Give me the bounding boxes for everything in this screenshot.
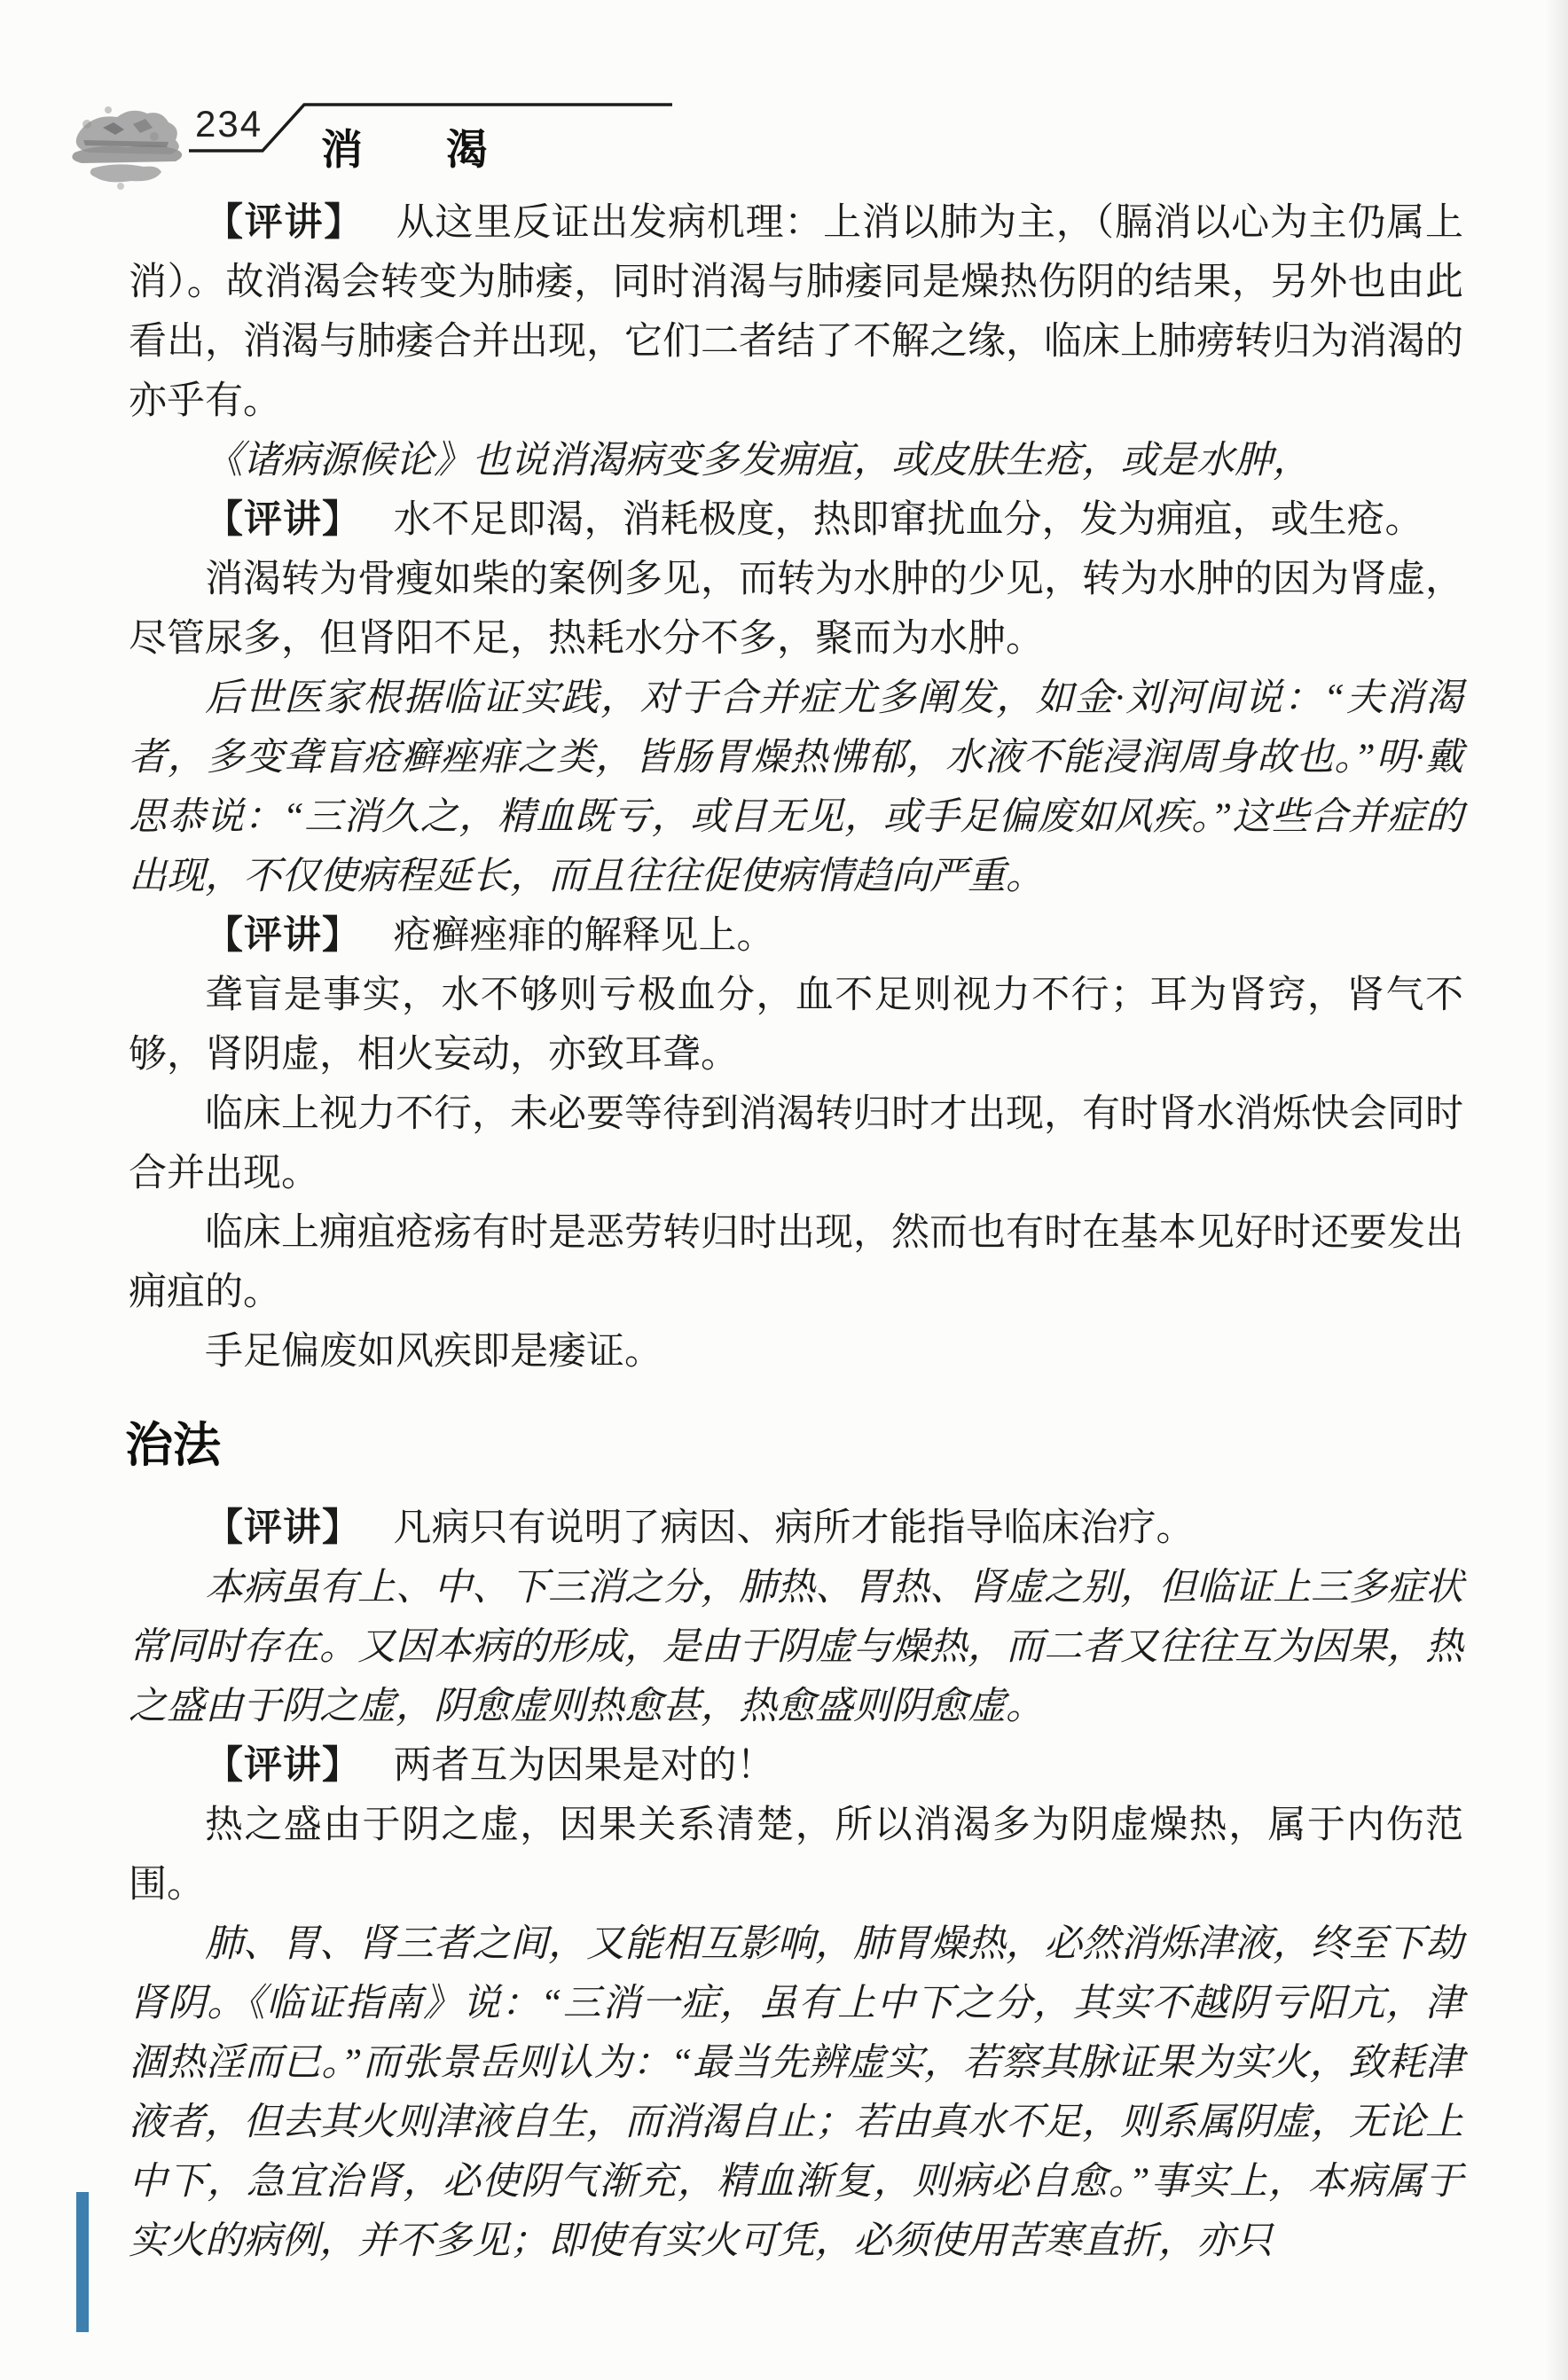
body-paragraph: 手足偏废如风疾即是痿证。 <box>129 1322 1463 1382</box>
body-text: 【评讲】从这里反证出发病机理：上消以肺为主，（膈消以心为主仍属上消）。故消渴会转… <box>129 193 1463 2271</box>
body-paragraph: 消渴转为骨瘦如柴的案例多见，而转为水肿的少见，转为水肿的因为肾虚，尽管尿多，但肾… <box>129 550 1463 669</box>
quoted-source-paragraph: 后世医家根据临证实践，对于合并症尤多阐发，如金·刘河间说：“夫消渴者，多变聋盲疮… <box>129 669 1463 906</box>
commentary-paragraph: 【评讲】两者互为因果是对的！ <box>129 1736 1463 1796</box>
body-paragraph: 临床上痈疽疮疡有时是恶劳转归时出现，然而也有时在基本见好时还要发出痈疽的。 <box>129 1203 1463 1322</box>
scan-edge-shade <box>1545 0 1568 2380</box>
margin-bar <box>76 2192 89 2332</box>
chapter-title: 消 渴 <box>321 117 488 176</box>
header-rule-line <box>0 0 1568 204</box>
body-paragraph: 临床上视力不行，未必要等待到消渴转归时才出现，有时肾水消烁快会同时合并出现。 <box>129 1084 1463 1203</box>
commentary-label: 【评讲】 <box>205 1507 361 1549</box>
quoted-source-paragraph: 《诸病源候论》也说消渴病变多发痈疽，或皮肤生疮，或是水肿， <box>129 431 1463 490</box>
commentary-label: 【评讲】 <box>205 914 361 957</box>
quoted-source-paragraph: 肺、胃、肾三者之间，又能相互影响，肺胃燥热，必然消烁津液，终至下劫肾阴。《临证指… <box>129 1914 1463 2271</box>
commentary-label: 【评讲】 <box>205 498 361 541</box>
commentary-paragraph: 【评讲】疮癣痤痱的解释见上。 <box>129 906 1463 966</box>
page-number: 234 <box>195 103 263 145</box>
quoted-source-paragraph: 本病虽有上、中、下三消之分，肺热、胃热、肾虚之别，但临证上三多症状常同时存在。又… <box>129 1558 1463 1736</box>
commentary-paragraph: 【评讲】水不足即渴，消耗极度，热即窜扰血分，发为痈疽，或生疮。 <box>129 490 1463 550</box>
commentary-label: 【评讲】 <box>205 1744 361 1787</box>
decorative-stamp-icon <box>62 98 192 195</box>
commentary-label: 【评讲】 <box>205 201 364 244</box>
body-paragraph: 热之盛由于阴之虚，因果关系清楚，所以消渴多为阴虚燥热，属于内伤范围。 <box>129 1796 1463 1914</box>
commentary-paragraph: 【评讲】从这里反证出发病机理：上消以肺为主，（膈消以心为主仍属上消）。故消渴会转… <box>129 193 1463 431</box>
body-paragraph: 聋盲是事实，水不够则亏极血分，血不足则视力不行；耳为肾窍，肾气不够，肾阴虚，相火… <box>129 966 1463 1084</box>
commentary-paragraph: 【评讲】凡病只有说明了病因、病所才能指导临床治疗。 <box>129 1499 1463 1558</box>
section-heading: 治法 <box>125 1413 1463 1477</box>
book-page: { "header": { "page_number": "234", "cha… <box>0 0 1568 2380</box>
